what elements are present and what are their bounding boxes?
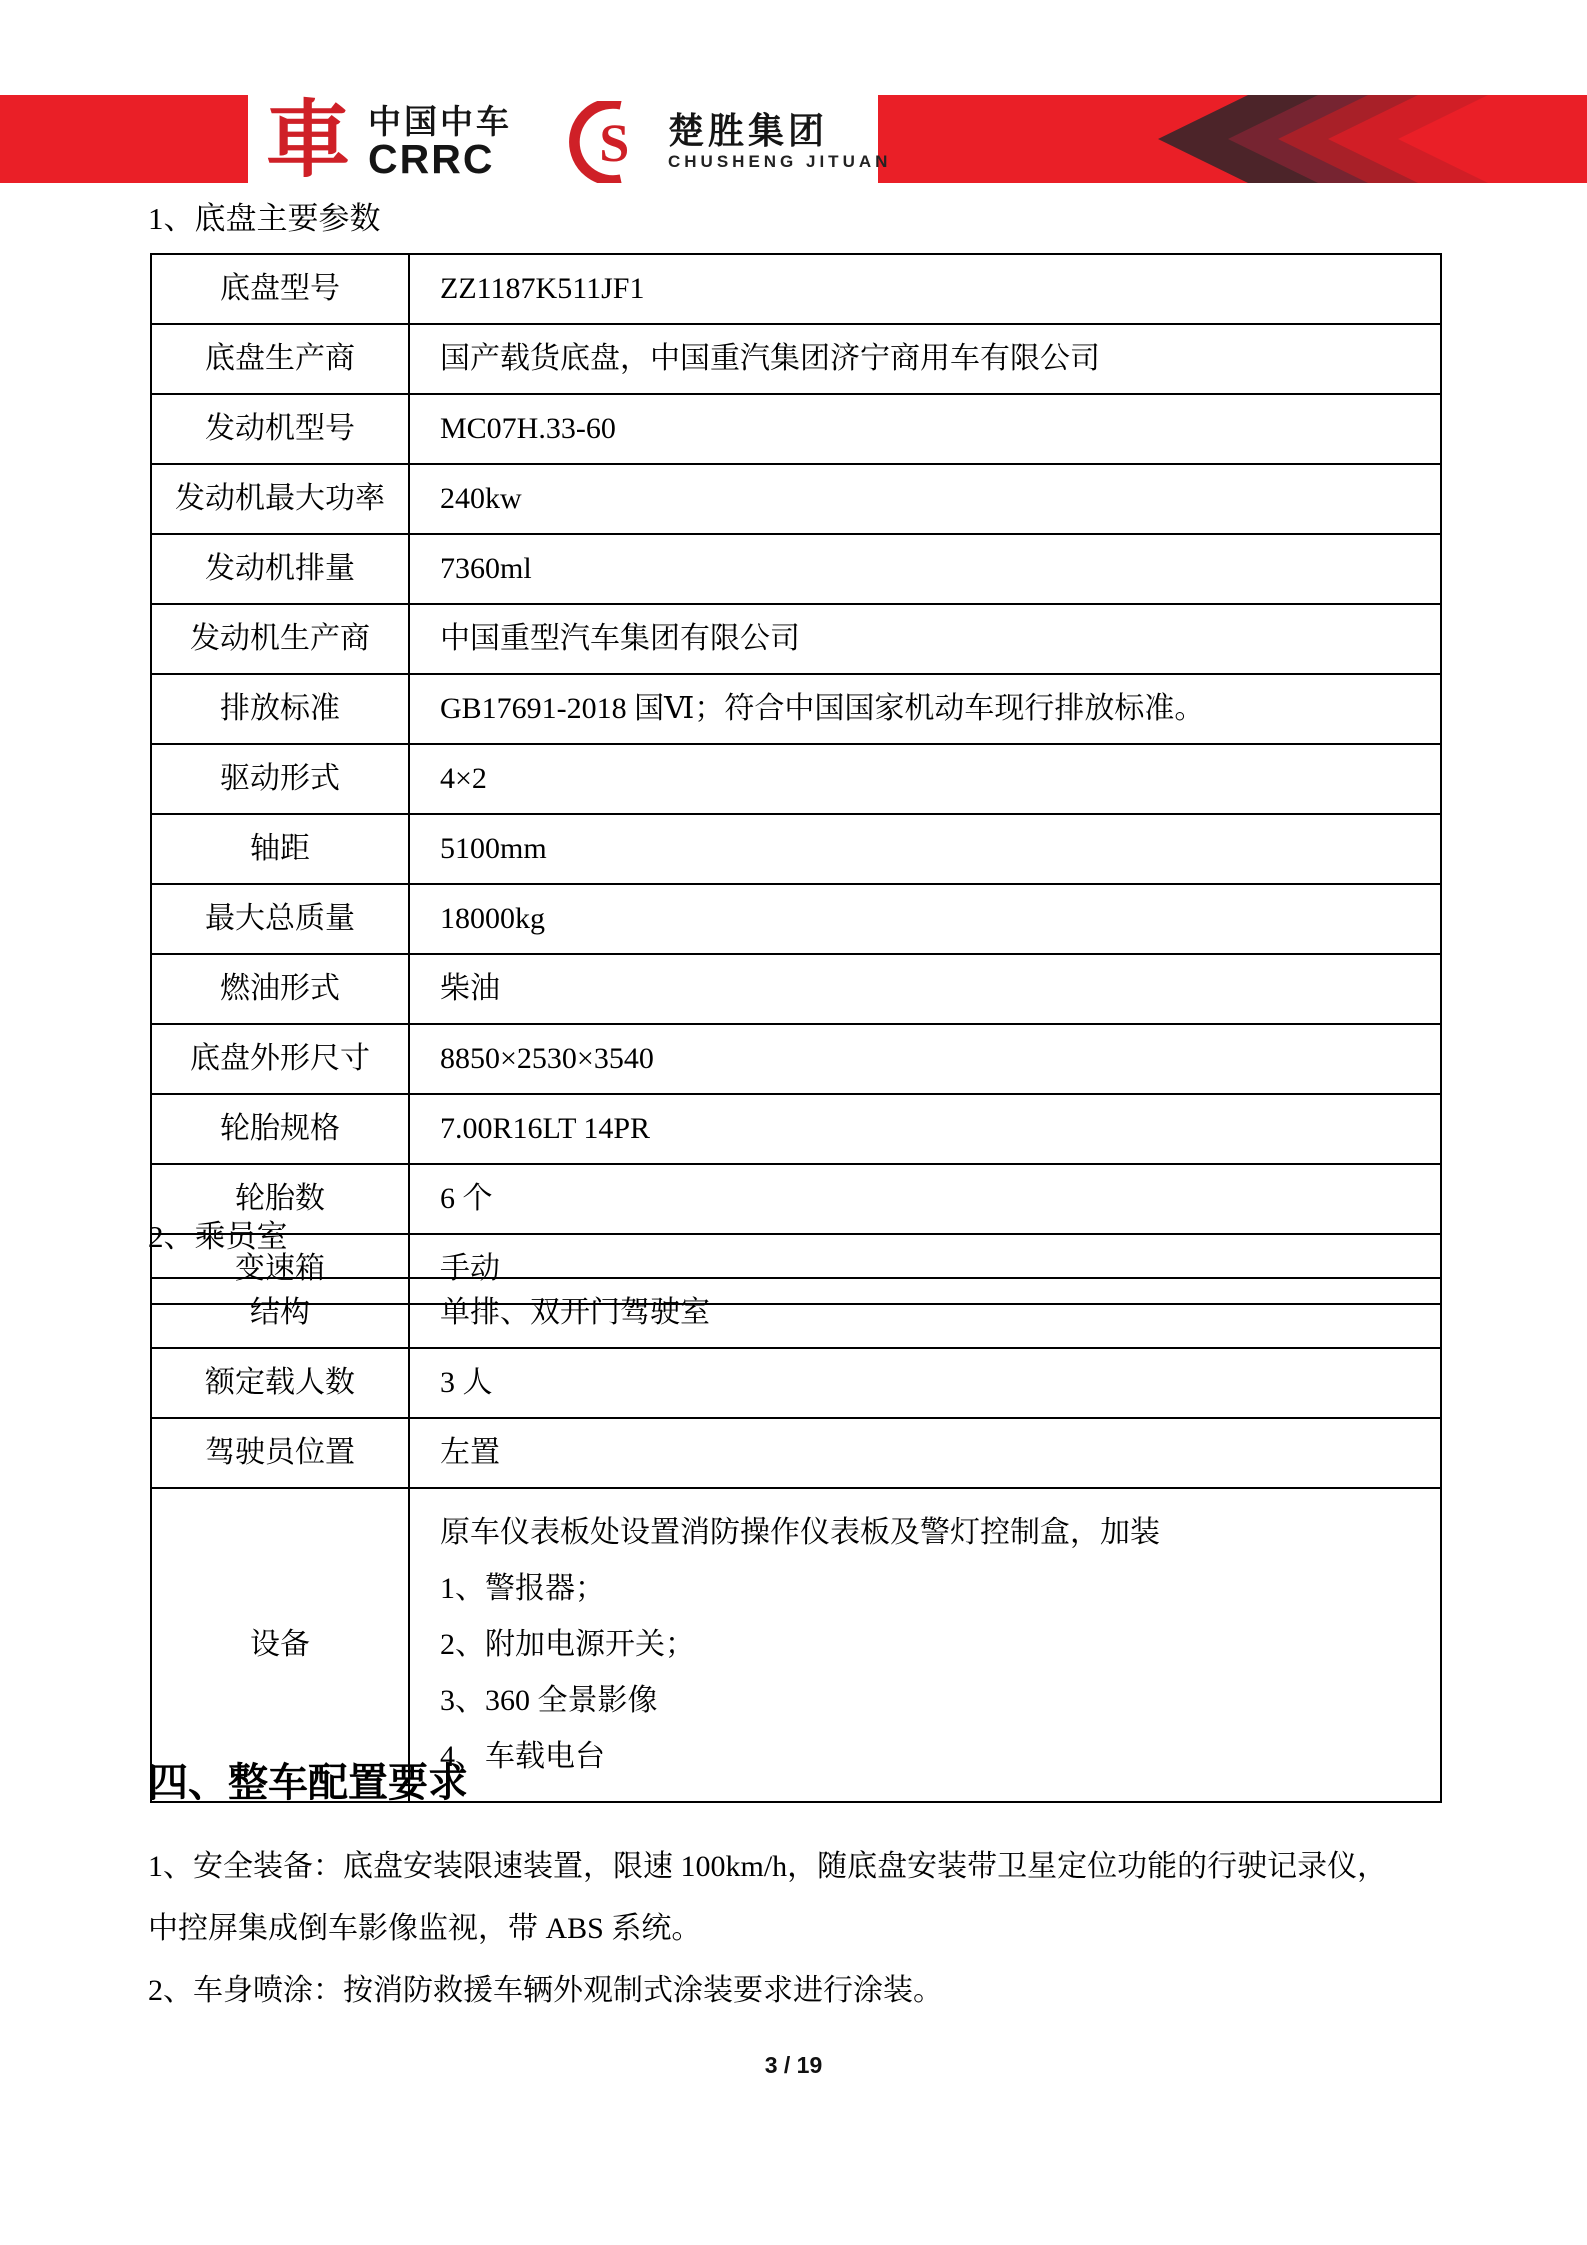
table-row: 驾驶员位置左置	[151, 1418, 1441, 1488]
row-value: 左置	[409, 1418, 1441, 1488]
row-label: 底盘型号	[151, 254, 409, 324]
section4-paragraphs: 1、安全装备：底盘安装限速装置，限速 100km/h，随底盘安装带卫星定位功能的…	[148, 1836, 1498, 2022]
row-label: 底盘外形尺寸	[151, 1024, 409, 1094]
table-row: 最大总质量18000kg	[151, 884, 1441, 954]
chusheng-logo-text: 楚胜集团 CHUSHENG JITUAN	[668, 111, 891, 173]
row-value: 3 人	[409, 1348, 1441, 1418]
table-row: 发动机最大功率240kw	[151, 464, 1441, 534]
row-label: 发动机最大功率	[151, 464, 409, 534]
row-label: 额定载人数	[151, 1348, 409, 1418]
row-value: 18000kg	[409, 884, 1441, 954]
table-row: 发动机生产商中国重型汽车集团有限公司	[151, 604, 1441, 674]
row-value: 柴油	[409, 954, 1441, 1024]
table-row: 轮胎规格7.00R16LT 14PR	[151, 1094, 1441, 1164]
row-value: MC07H.33-60	[409, 394, 1441, 464]
crrc-name-en: CRRC	[368, 139, 512, 179]
row-label: 排放标准	[151, 674, 409, 744]
row-value: 国产载货底盘，中国重汽集团济宁商用车有限公司	[409, 324, 1441, 394]
row-label: 燃油形式	[151, 954, 409, 1024]
svg-text:S: S	[599, 113, 629, 173]
row-label: 驱动形式	[151, 744, 409, 814]
crrc-train-glyph-icon: 車	[266, 103, 350, 181]
row-value: 240kw	[409, 464, 1441, 534]
crrc-logo-text: 中国中车 CRRC	[368, 105, 512, 179]
row-value: 中国重型汽车集团有限公司	[409, 604, 1441, 674]
table-row: 燃油形式柴油	[151, 954, 1441, 1024]
row-value: 单排、双开门驾驶室	[409, 1278, 1441, 1348]
chusheng-emblem-icon: S	[566, 101, 656, 183]
table-row: 底盘型号ZZ1187K511JF1	[151, 254, 1441, 324]
chusheng-name-en: CHUSHENG JITUAN	[668, 151, 891, 173]
row-label: 最大总质量	[151, 884, 409, 954]
row-value: ZZ1187K511JF1	[409, 254, 1441, 324]
row-value: GB17691-2018 国Ⅵ；符合中国国家机动车现行排放标准。	[409, 674, 1441, 744]
table-row: 结构单排、双开门驾驶室	[151, 1278, 1441, 1348]
header-red-block-right	[878, 95, 1587, 183]
table-row: 发动机型号MC07H.33-60	[151, 394, 1441, 464]
row-value: 7360ml	[409, 534, 1441, 604]
crrc-logo: 車 中国中车 CRRC	[266, 103, 512, 181]
table-row: 轴距5100mm	[151, 814, 1441, 884]
crew-cabin-table: 结构单排、双开门驾驶室额定载人数3 人驾驶员位置左置设备原车仪表板处设置消防操作…	[150, 1277, 1442, 1803]
row-label: 发动机生产商	[151, 604, 409, 674]
document-page: 車 中国中车 CRRC S 楚胜集团 CHUSHENG JITUAN 1、底盘主…	[0, 0, 1587, 2245]
section4-heading: 四、整车配置要求	[148, 1760, 468, 1806]
page-number: 3 / 19	[0, 2052, 1587, 2079]
row-label: 驾驶员位置	[151, 1418, 409, 1488]
table-row: 驱动形式4×2	[151, 744, 1441, 814]
section1-heading: 1、底盘主要参数	[148, 202, 381, 236]
table-row: 额定载人数3 人	[151, 1348, 1441, 1418]
table-row: 发动机排量7360ml	[151, 534, 1441, 604]
header-red-block-left	[0, 95, 248, 183]
row-value: 原车仪表板处设置消防操作仪表板及警灯控制盒，加装 1、警报器； 2、附加电源开关…	[409, 1488, 1441, 1802]
paragraph-body-painting: 2、车身喷涂：按消防救援车辆外观制式涂装要求进行涂装。	[148, 1960, 1498, 2022]
row-value: 5100mm	[409, 814, 1441, 884]
table-row: 轮胎数6 个	[151, 1164, 1441, 1234]
row-label: 设备	[151, 1488, 409, 1802]
row-label: 发动机型号	[151, 394, 409, 464]
chusheng-name-cn: 楚胜集团	[668, 111, 891, 151]
crrc-name-cn: 中国中车	[368, 105, 512, 139]
row-label: 轴距	[151, 814, 409, 884]
table-row: 底盘生产商国产载货底盘，中国重汽集团济宁商用车有限公司	[151, 324, 1441, 394]
section2-heading: 2、乘员室	[148, 1220, 288, 1254]
row-value: 7.00R16LT 14PR	[409, 1094, 1441, 1164]
row-label: 结构	[151, 1278, 409, 1348]
table-row: 底盘外形尺寸8850×2530×3540	[151, 1024, 1441, 1094]
row-label: 底盘生产商	[151, 324, 409, 394]
paragraph-safety-equipment: 1、安全装备：底盘安装限速装置，限速 100km/h，随底盘安装带卫星定位功能的…	[148, 1836, 1498, 1960]
row-value: 6 个	[409, 1164, 1441, 1234]
row-label: 轮胎规格	[151, 1094, 409, 1164]
table-row: 设备原车仪表板处设置消防操作仪表板及警灯控制盒，加装 1、警报器； 2、附加电源…	[151, 1488, 1441, 1802]
chusheng-logo: S 楚胜集团 CHUSHENG JITUAN	[566, 101, 891, 183]
chassis-parameters-table: 底盘型号ZZ1187K511JF1底盘生产商国产载货底盘，中国重汽集团济宁商用车…	[150, 253, 1442, 1305]
row-label: 发动机排量	[151, 534, 409, 604]
row-value: 8850×2530×3540	[409, 1024, 1441, 1094]
table-row: 排放标准GB17691-2018 国Ⅵ；符合中国国家机动车现行排放标准。	[151, 674, 1441, 744]
row-value: 4×2	[409, 744, 1441, 814]
